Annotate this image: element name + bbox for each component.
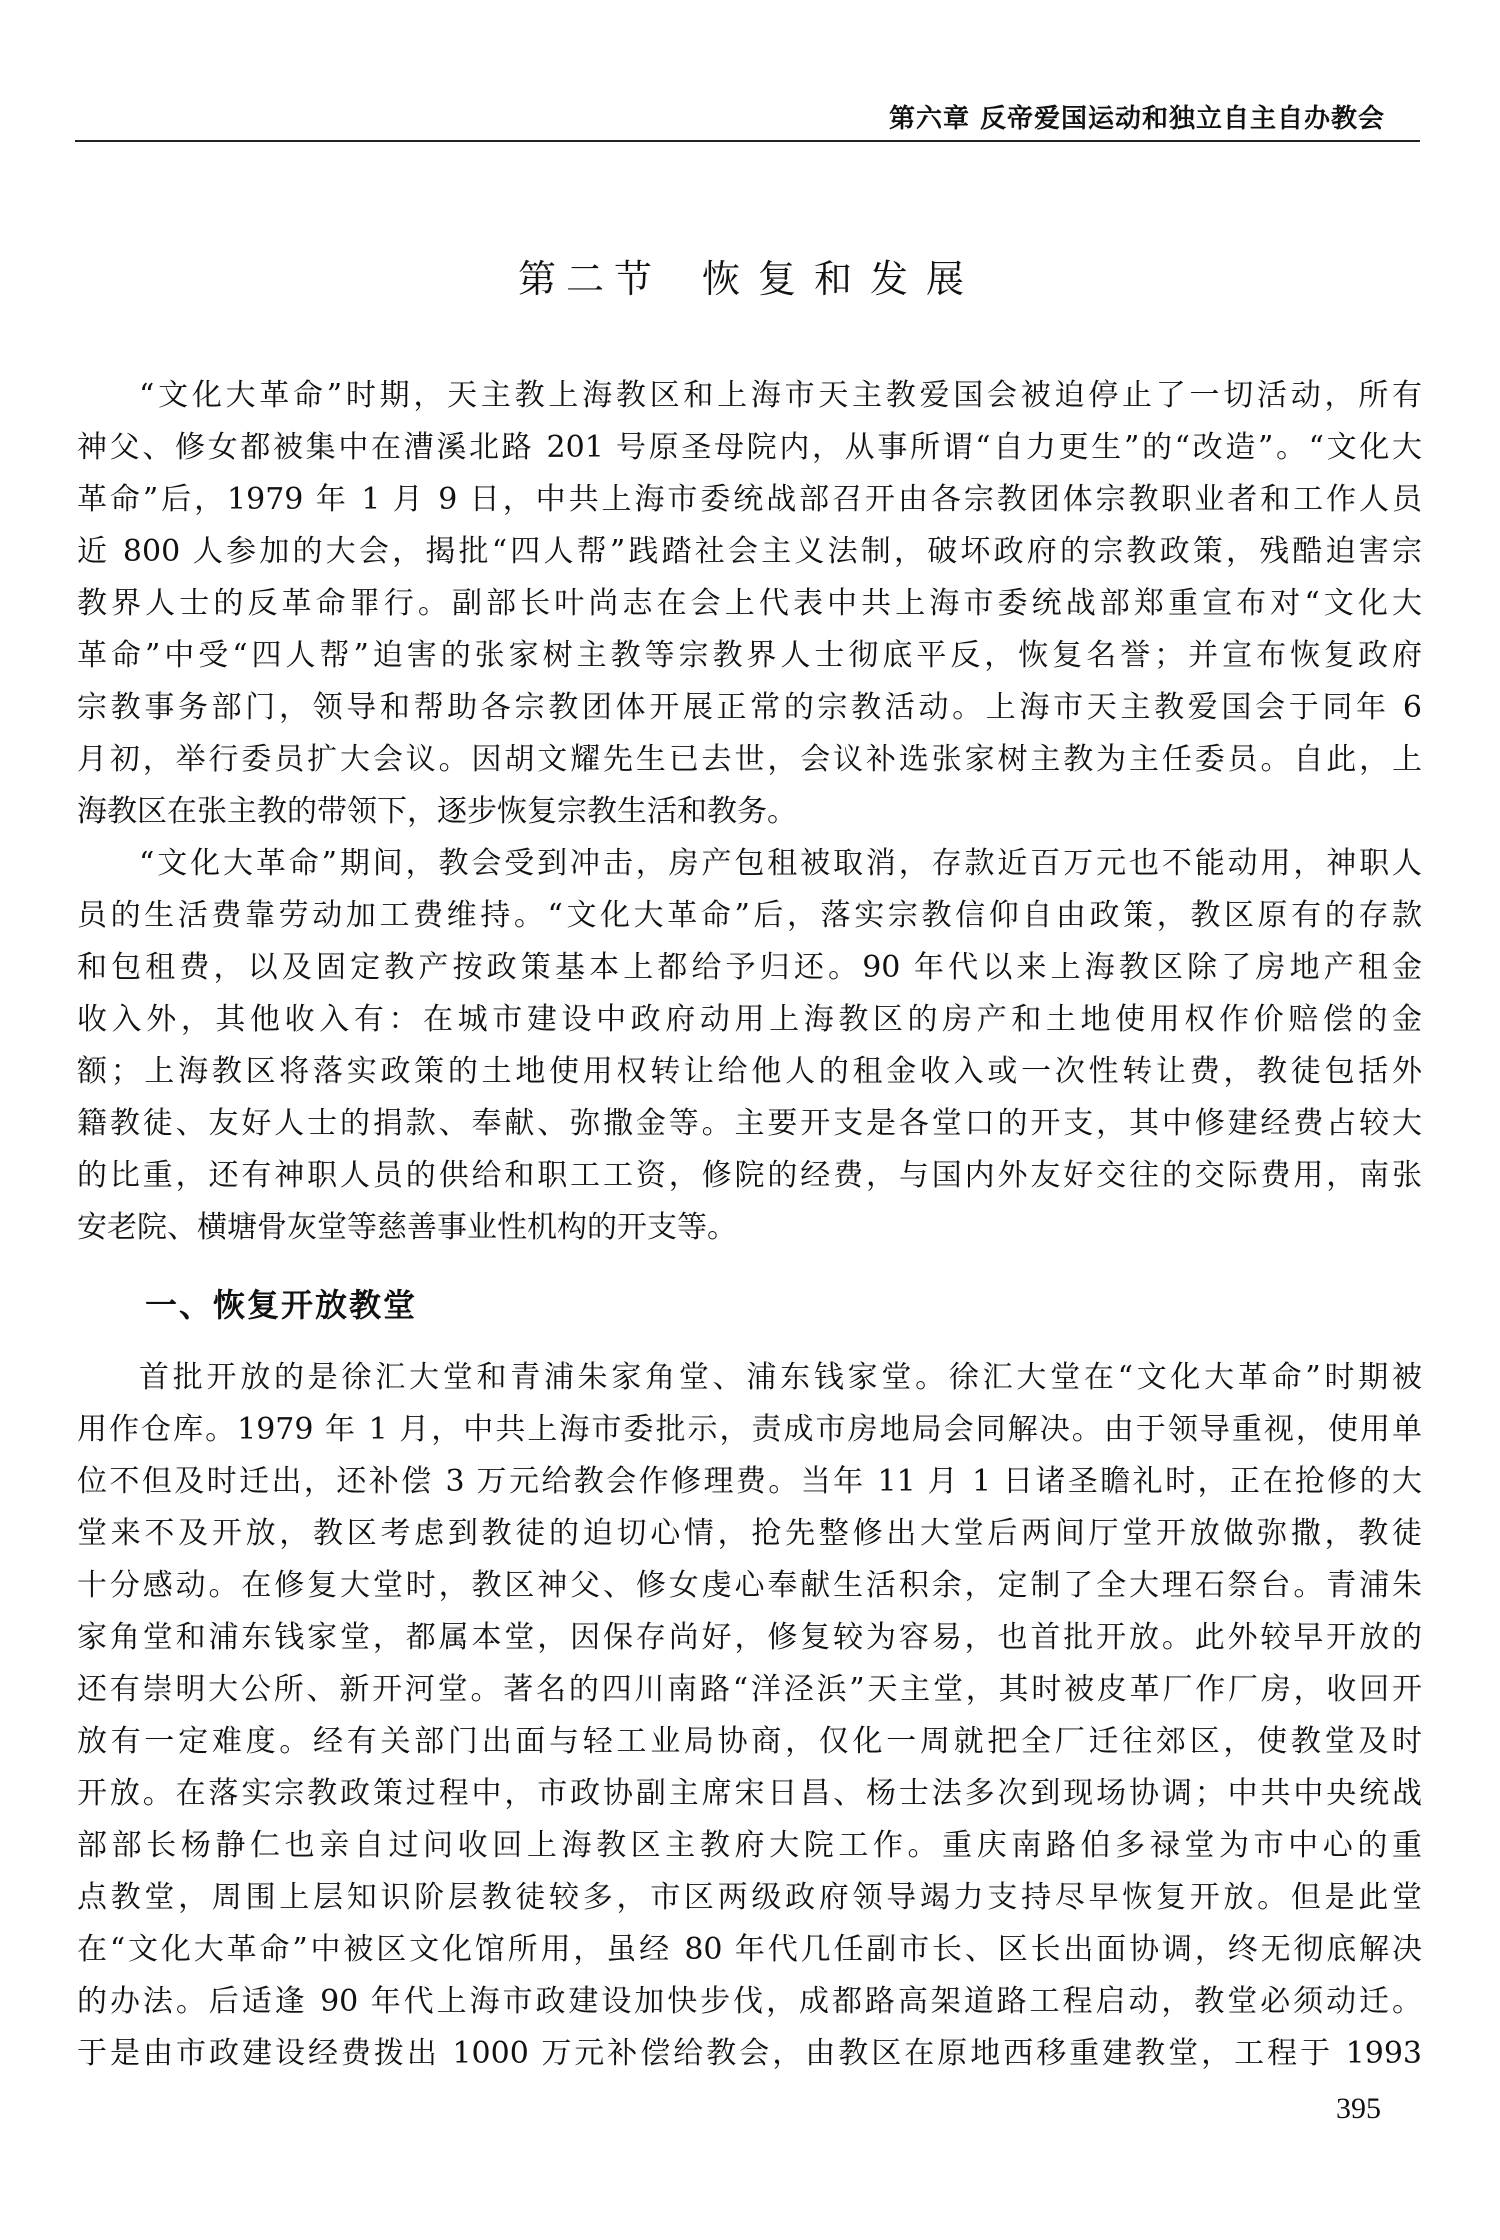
running-head: 第六章 反帝爱国运动和独立自主自办教会: [889, 98, 1385, 135]
text-line: 部部长杨静仁也亲自过问收回上海教区主教府大院工作。重庆南路伯多禄堂为市中心的重: [77, 1820, 1422, 1872]
text-line: 放有一定难度。经有关部门出面与轻工业局协商，仅化一周就把全厂迁往郊区，使教堂及时: [77, 1716, 1422, 1768]
section-title: 第二节恢复和发展: [0, 248, 1500, 303]
body-block-2: 首批开放的是徐汇大堂和青浦朱家角堂、浦东钱家堂。徐汇大堂在“文化大革命”时期被 …: [77, 1352, 1422, 2080]
text-line: 的办法。后适逢 90 年代上海市政建设加快步伐，成都路高架道路工程启动，教堂必须…: [77, 1976, 1422, 2028]
text-line: 海教区在张主教的带领下，逐步恢复宗教生活和教务。: [77, 786, 1422, 838]
text-line: 革命”后，1979 年 1 月 9 日，中共上海市委统战部召开由各宗教团体宗教职…: [77, 474, 1422, 526]
text-line: 还有崇明大公所、新开河堂。著名的四川南路“洋泾浜”天主堂，其时被皮革厂作厂房，收…: [77, 1664, 1422, 1716]
text-line: “文化大革命”时期，天主教上海教区和上海市天主教爱国会被迫停止了一切活动，所有: [77, 370, 1422, 422]
text-line: 籍教徒、友好人士的捐款、奉献、弥撒金等。主要开支是各堂口的开支，其中修建经费占较…: [77, 1098, 1422, 1150]
text-line: 近 800 人参加的大会，揭批“四人帮”践踏社会主义法制，破坏政府的宗教政策，残…: [77, 526, 1422, 578]
text-line: 安老院、横塘骨灰堂等慈善事业性机构的开支等。: [77, 1202, 1422, 1254]
text-line: 位不但及时迁出，还补偿 3 万元给教会作修理费。当年 11 月 1 日诸圣瞻礼时…: [77, 1456, 1422, 1508]
text-line: 用作仓库。1979 年 1 月，中共上海市委批示，责成市房地局会同解决。由于领导…: [77, 1404, 1422, 1456]
text-line: 教界人士的反革命罪行。副部长叶尚志在会上代表中共上海市委统战部郑重宣布对“文化大: [77, 578, 1422, 630]
text-line: 和包租费，以及固定教产按政策基本上都给予归还。90 年代以来上海教区除了房地产租…: [77, 942, 1422, 994]
paragraph-3: 首批开放的是徐汇大堂和青浦朱家角堂、浦东钱家堂。徐汇大堂在“文化大革命”时期被 …: [77, 1352, 1422, 2080]
text-line: 堂来不及开放，教区考虑到教徒的迫切心情，抢先整修出大堂后两间厅堂开放做弥撒，教徒: [77, 1508, 1422, 1560]
text-line: 月初，举行委员扩大会议。因胡文耀先生已去世，会议补选张家树主教为主任委员。自此，…: [77, 734, 1422, 786]
text-line: 收入外，其他收入有：在城市建设中政府动用上海教区的房产和土地使用权作价赔偿的金: [77, 994, 1422, 1046]
text-line: 点教堂，周围上层知识阶层教徒较多，市区两级政府领导竭力支持尽早恢复开放。但是此堂: [77, 1872, 1422, 1924]
text-line: 十分感动。在修复大堂时，教区神父、修女虔心奉献生活积余，定制了全大理石祭台。青浦…: [77, 1560, 1422, 1612]
subheading: 一、恢复开放教堂: [145, 1280, 417, 1326]
section-number: 第二节: [518, 257, 662, 301]
text-line: 家角堂和浦东钱家堂，都属本堂，因保存尚好，修复较为容易，也首批开放。此外较早开放…: [77, 1612, 1422, 1664]
body-block-1: “文化大革命”时期，天主教上海教区和上海市天主教爱国会被迫停止了一切活动，所有 …: [77, 370, 1422, 1254]
text-line: “文化大革命”期间，教会受到冲击，房产包租被取消，存款近百万元也不能动用，神职人: [77, 838, 1422, 890]
section-title-text: 恢复和发展: [702, 257, 982, 301]
text-line: 额；上海教区将落实政策的土地使用权转让给他人的租金收入或一次性转让费，教徒包括外: [77, 1046, 1422, 1098]
text-line: 宗教事务部门，领导和帮助各宗教团体开展正常的宗教活动。上海市天主教爱国会于同年 …: [77, 682, 1422, 734]
text-line: 在“文化大革命”中被区文化馆所用，虽经 80 年代几任副市长、区长出面协调，终无…: [77, 1924, 1422, 1976]
text-line: 革命”中受“四人帮”迫害的张家树主教等宗教界人士彻底平反，恢复名誉；并宣布恢复政…: [77, 630, 1422, 682]
paragraph-1: “文化大革命”时期，天主教上海教区和上海市天主教爱国会被迫停止了一切活动，所有 …: [77, 370, 1422, 838]
paragraph-2: “文化大革命”期间，教会受到冲击，房产包租被取消，存款近百万元也不能动用，神职人…: [77, 838, 1422, 1254]
text-line: 的比重，还有神职人员的供给和职工工资，修院的经费，与国内外友好交往的交际费用，南…: [77, 1150, 1422, 1202]
text-line: 开放。在落实宗教政策过程中，市政协副主席宋日昌、杨士法多次到现场协调；中共中央统…: [77, 1768, 1422, 1820]
text-line: 神父、修女都被集中在漕溪北路 201 号原圣母院内，从事所谓“自力更生”的“改造…: [77, 422, 1422, 474]
text-line: 员的生活费靠劳动加工费维持。“文化大革命”后，落实宗教信仰自由政策，教区原有的存…: [77, 890, 1422, 942]
page-number: 395: [1336, 2092, 1381, 2126]
text-line: 首批开放的是徐汇大堂和青浦朱家角堂、浦东钱家堂。徐汇大堂在“文化大革命”时期被: [77, 1352, 1422, 1404]
text-line: 于是由市政建设经费拨出 1000 万元补偿给教会，由教区在原地西移重建教堂，工程…: [77, 2028, 1422, 2080]
header-rule: [75, 140, 1420, 142]
